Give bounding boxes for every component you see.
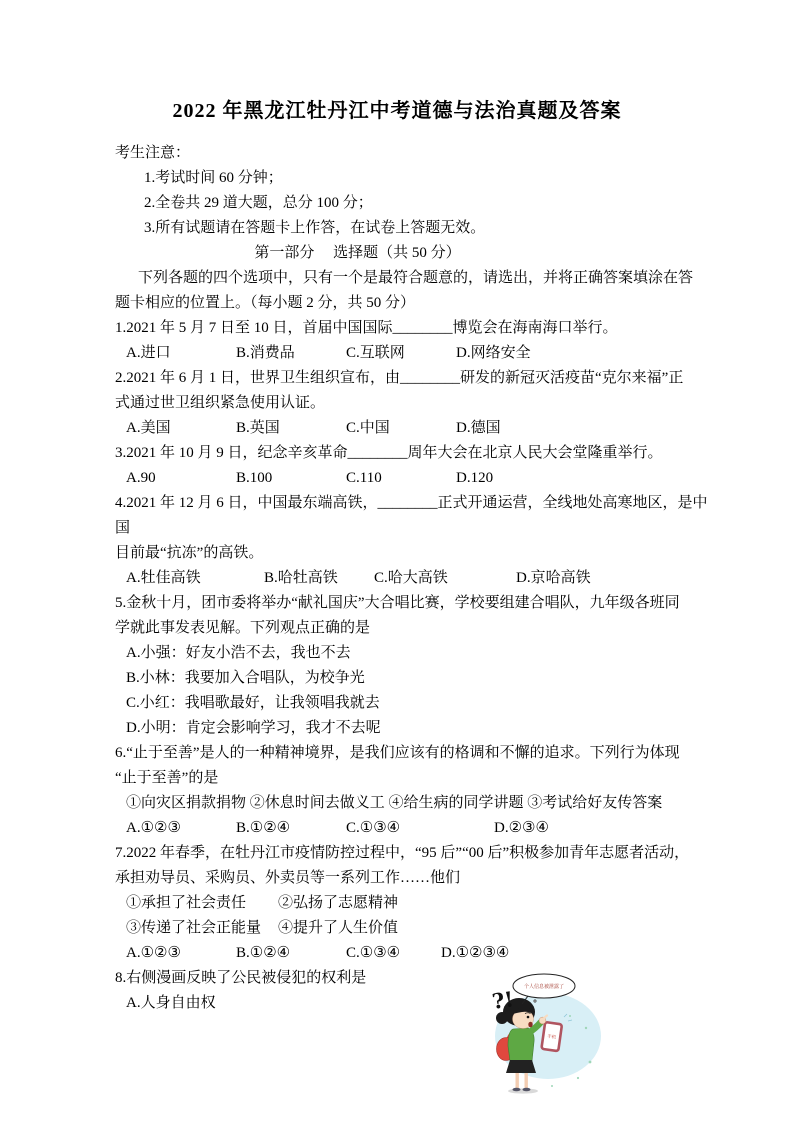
question-1-options: A.进口B.消费品C.互联网D.网络安全: [115, 341, 690, 366]
page-title: 2022 年黑龙江牡丹江中考道德与法治真题及答案: [0, 0, 794, 126]
option-b: B.哈牡高铁: [264, 566, 374, 591]
notice-item: 2.全卷共 29 道大题，总分 100 分；: [115, 191, 690, 216]
hair-bun: [496, 1012, 508, 1024]
item-4: ④提升了人生价值: [278, 920, 398, 936]
question-2-stem: 2.2021 年 6 月 1 日，世界卫生组织宣布，由________研发的新冠…: [115, 366, 690, 391]
option-c: C.①③④: [346, 816, 494, 841]
question-7-stem: 7.2022 年春季，在牡丹江市疫情防控过程中，“95 后”“00 后”积极参加…: [115, 841, 690, 866]
option-c: C.①③④: [346, 941, 441, 966]
bubble-dot: [534, 1000, 536, 1002]
question-2-options: A.美国B.英国C.中国D.德国: [115, 416, 690, 441]
shoe: [513, 1088, 521, 1092]
option-c: C.110: [346, 466, 456, 491]
document-body: 考生注意： 1.考试时间 60 分钟； 2.全卷共 29 道大题，总分 100 …: [115, 141, 690, 1016]
question-7-options: A.①②③B.①②④C.①③④D.①②③④: [115, 941, 690, 966]
question-6-stem: “止于至善”的是: [115, 766, 690, 791]
question-4-stem: 4.2021 年 12 月 6 日，中国最东端高铁，________正式开通运营…: [115, 491, 690, 516]
question-5-stem: 学就此事发表见解。下列观点正确的是: [115, 616, 690, 641]
question-6-items: ①向灾区捐款捐物 ②休息时间去做义工 ④给生病的同学讲题 ③考试给好友传答案: [115, 791, 690, 816]
option-d: D.②③④: [494, 816, 549, 841]
item-3: ③传递了社会正能量: [126, 916, 278, 941]
question-5-stem: 5.金秋十月，团市委将举办“献礼国庆”大合唱比赛，学校要组建合唱队，九年级各班同: [115, 591, 690, 616]
cartoon-illustration: 手机: [486, 970, 606, 1095]
bubble-text: 个人信息被泄露了: [524, 983, 564, 990]
question-1-stem: 1.2021 年 5 月 7 日至 10 日，首届中国国际________博览会…: [115, 316, 690, 341]
question-3-stem: 3.2021 年 10 月 9 日，纪念辛亥革命________周年大会在北京人…: [115, 441, 690, 466]
option-b: B.①②④: [236, 941, 346, 966]
option-b: B.英国: [236, 416, 346, 441]
section-intro-line: 题卡相应的位置上。（每小题 2 分，共 50 分）: [115, 291, 690, 316]
question-6-options: A.①②③B.①②④C.①③④D.②③④: [115, 816, 690, 841]
option-c: C.中国: [346, 416, 456, 441]
phone-icon: 手机: [541, 1022, 562, 1051]
item-1: ①承担了社会责任: [126, 891, 278, 916]
question-5-option-a: A.小强：好友小浩不去，我也不去: [115, 641, 690, 666]
surprise-mark: ?!: [490, 986, 515, 1014]
option-d: D.①②③④: [441, 941, 509, 966]
question-6-stem: 6.“止于至善”是人的一种精神境界，是我们应该有的格调和不懈的追求。下列行为体现: [115, 741, 690, 766]
option-a: A.美国: [126, 416, 236, 441]
question-3-options: A.90B.100C.110D.120: [115, 466, 690, 491]
mouth: [528, 1022, 532, 1028]
option-b: B.消费品: [236, 341, 346, 366]
eye: [527, 1016, 530, 1019]
question-2-stem: 式通过世卫组织紧急使用认证。: [115, 391, 690, 416]
item-2: ②弘扬了志愿精神: [278, 895, 398, 911]
option-b: B.①②④: [236, 816, 346, 841]
option-a: A.①②③: [126, 816, 236, 841]
option-a: A.①②③: [126, 941, 236, 966]
option-b: B.100: [236, 466, 346, 491]
option-a: A.牡佳高铁: [126, 566, 264, 591]
question-7-stem: 承担劝导员、采购员、外卖员等一系列工作……他们: [115, 866, 690, 891]
question-4-stem: 目前最“抗冻”的高铁。: [115, 541, 690, 566]
option-a: A.进口: [126, 341, 236, 366]
question-5-option-d: D.小明：肯定会影响学习，我才不去呢: [115, 716, 690, 741]
option-d: D.120: [456, 466, 493, 491]
notice-item: 3.所有试题请在答题卡上作答，在试卷上答题无效。: [115, 216, 690, 241]
option-d: D.网络安全: [456, 341, 531, 366]
question-5-option-b: B.小林：我要加入合唱队，为校争光: [115, 666, 690, 691]
option-d: D.德国: [456, 416, 501, 441]
option-c: C.哈大高铁: [374, 566, 516, 591]
option-c: C.互联网: [346, 341, 456, 366]
question-4-options: A.牡佳高铁B.哈牡高铁C.哈大高铁D.京哈高铁: [115, 566, 690, 591]
notice-item: 1.考试时间 60 分钟；: [115, 166, 690, 191]
shoe: [523, 1088, 531, 1092]
notice-heading: 考生注意：: [115, 141, 690, 166]
leg: [516, 1073, 519, 1088]
skirt: [506, 1060, 536, 1073]
question-4-stem: 国: [115, 516, 690, 541]
leg: [525, 1073, 528, 1088]
option-d: D.京哈高铁: [516, 566, 591, 591]
option-a: A.90: [126, 466, 236, 491]
question-5-option-c: C.小红：我唱歌最好，让我领唱我就去: [115, 691, 690, 716]
section-intro-line: 下列各题的四个选项中，只有一个是最符合题意的，请选出，并将正确答案填涂在答: [115, 266, 690, 291]
question-7-item-row: ①承担了社会责任②弘扬了志愿精神: [115, 891, 690, 916]
section-heading: 第一部分 选择题（共 50 分）: [115, 241, 600, 266]
exam-document-page: 2022 年黑龙江牡丹江中考道德与法治真题及答案 考生注意： 1.考试时间 60…: [0, 0, 794, 1123]
question-7-item-row: ③传递了社会正能量④提升了人生价值: [115, 916, 690, 941]
